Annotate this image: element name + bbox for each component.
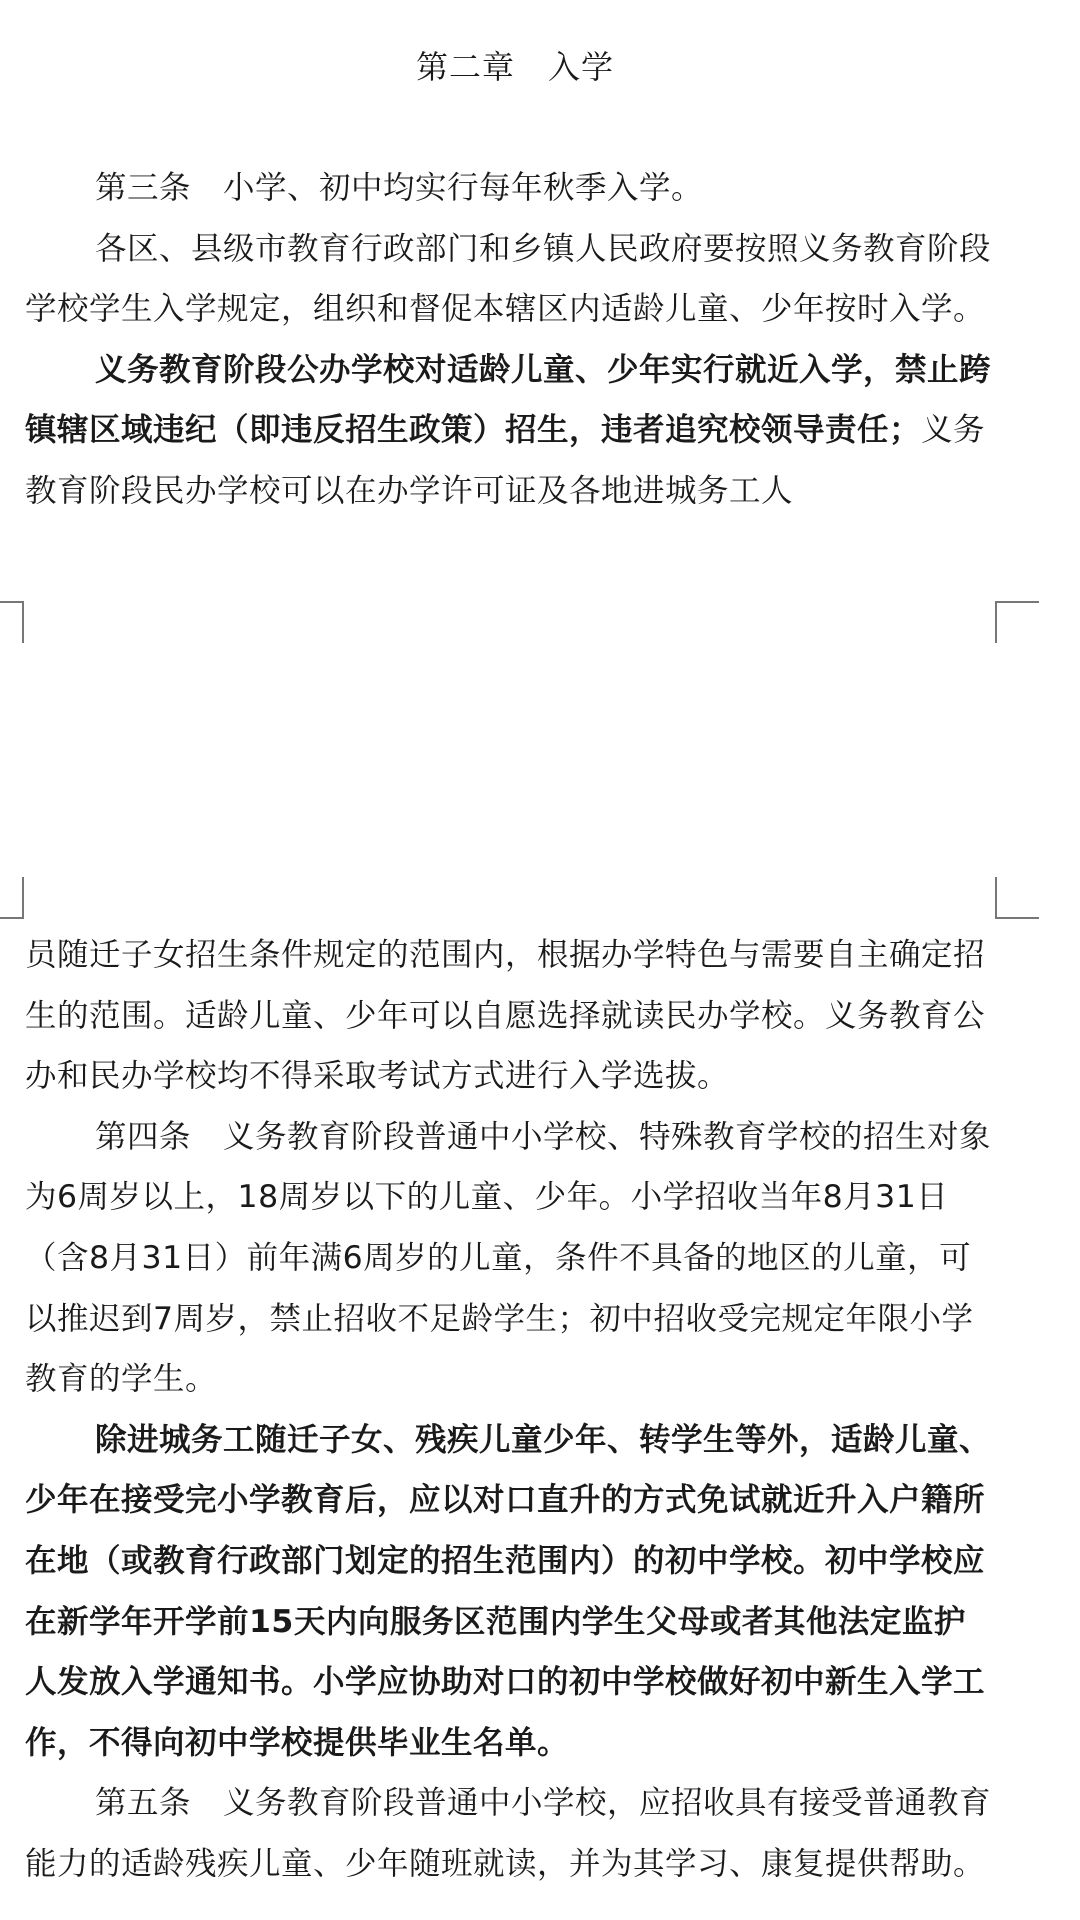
- bold-text: 除进城务工随迁子女、残疾儿童少年、转学生等外，适龄儿童、少年在接受完小学教育后，…: [25, 1422, 991, 1761]
- paragraph-article-5: 第五条 义务教育阶段普通中小学校，应招收具有接受普通教育能力的适龄残疾儿童、少年…: [25, 1773, 995, 1894]
- paragraph-text: 第五条 义务教育阶段普通中小学校，应招收具有接受普通教育能力的适龄残疾儿童、少年…: [25, 1785, 991, 1882]
- paragraph-public-school-rule: 义务教育阶段公办学校对适龄儿童、少年实行就近入学，禁止跨镇辖区域违纪（即违反招生…: [25, 340, 995, 522]
- page-corner-mark-top-right: [995, 601, 1039, 643]
- paragraph-text: 第三条 小学、初中均实行每年秋季入学。: [95, 170, 703, 206]
- page-corner-mark-top-left: [0, 601, 24, 643]
- paragraph-text: 员随迁子女招生条件规定的范围内，根据办学特色与需要自主确定招生的范围。适龄儿童、…: [25, 937, 985, 1094]
- paragraph-text: 各区、县级市教育行政部门和乡镇人民政府要按照义务教育阶段学校学生入学规定，组织和…: [25, 231, 991, 328]
- page-corner-mark-bottom-left: [0, 877, 24, 919]
- paragraph-district-duty: 各区、县级市教育行政部门和乡镇人民政府要按照义务教育阶段学校学生入学规定，组织和…: [25, 219, 995, 340]
- paragraph-article-3: 第三条 小学、初中均实行每年秋季入学。: [25, 158, 995, 219]
- bold-text: 义务教育阶段公办学校对适龄儿童、少年实行就近入学，禁止跨镇辖区域违纪（即违反招生…: [25, 352, 991, 449]
- chapter-title: 第二章 入学: [0, 44, 1030, 90]
- page-1-text: 第三条 小学、初中均实行每年秋季入学。 各区、县级市教育行政部门和乡镇人民政府要…: [25, 158, 995, 522]
- page-2-text: 员随迁子女招生条件规定的范围内，根据办学特色与需要自主确定招生的范围。适龄儿童、…: [25, 925, 995, 1895]
- paragraph-text: 第四条 义务教育阶段普通中小学校、特殊教育学校的招生对象为6周岁以上，18周岁以…: [25, 1119, 991, 1397]
- paragraph-middle-school-rule: 除进城务工随迁子女、残疾儿童少年、转学生等外，适龄儿童、少年在接受完小学教育后，…: [25, 1410, 995, 1774]
- page-corner-mark-bottom-right: [995, 877, 1039, 919]
- paragraph-article-4: 第四条 义务教育阶段普通中小学校、特殊教育学校的招生对象为6周岁以上，18周岁以…: [25, 1107, 995, 1410]
- paragraph-continued: 员随迁子女招生条件规定的范围内，根据办学特色与需要自主确定招生的范围。适龄儿童、…: [25, 925, 995, 1107]
